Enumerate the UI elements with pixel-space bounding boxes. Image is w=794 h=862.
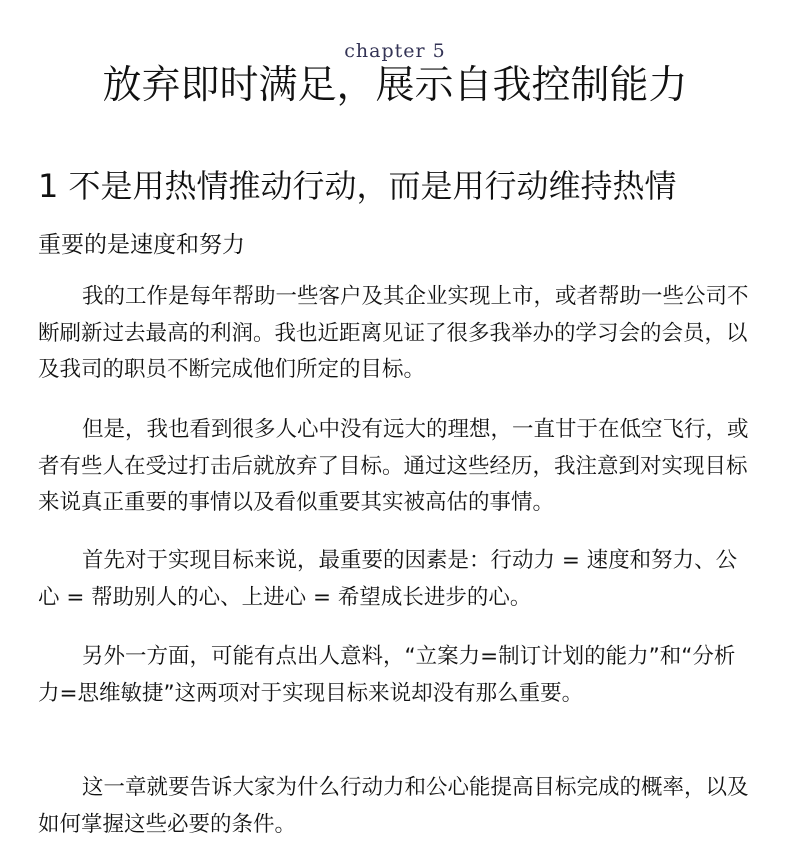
body-paragraph: 我的工作是每年帮助一些客户及其企业实现上市，或者帮助一些公司不断刷新过去最高的利… xyxy=(38,279,754,389)
subsection-title: 重要的是速度和努力 xyxy=(38,228,245,262)
section-title: 1 不是用热情推动行动，而是用行动维持热情 xyxy=(38,164,677,208)
body-paragraph: 另外一方面，可能有点出人意料，“立案力=制订计划的能力”和“分析力=思维敏捷”这… xyxy=(38,639,754,712)
chapter-title: 放弃即时满足，展示自我控制能力 xyxy=(0,60,790,112)
body-paragraph: 首先对于实现目标来说，最重要的因素是：行动力 = 速度和努力、公心 = 帮助别人… xyxy=(38,543,754,616)
body-paragraph: 这一章就要告诉大家为什么行动力和公心能提高目标完成的概率，以及如何掌握这些必要的… xyxy=(38,770,754,843)
body-paragraph: 但是，我也看到很多人心中没有远大的理想，一直甘于在低空飞行，或者有些人在受过打击… xyxy=(38,412,754,522)
